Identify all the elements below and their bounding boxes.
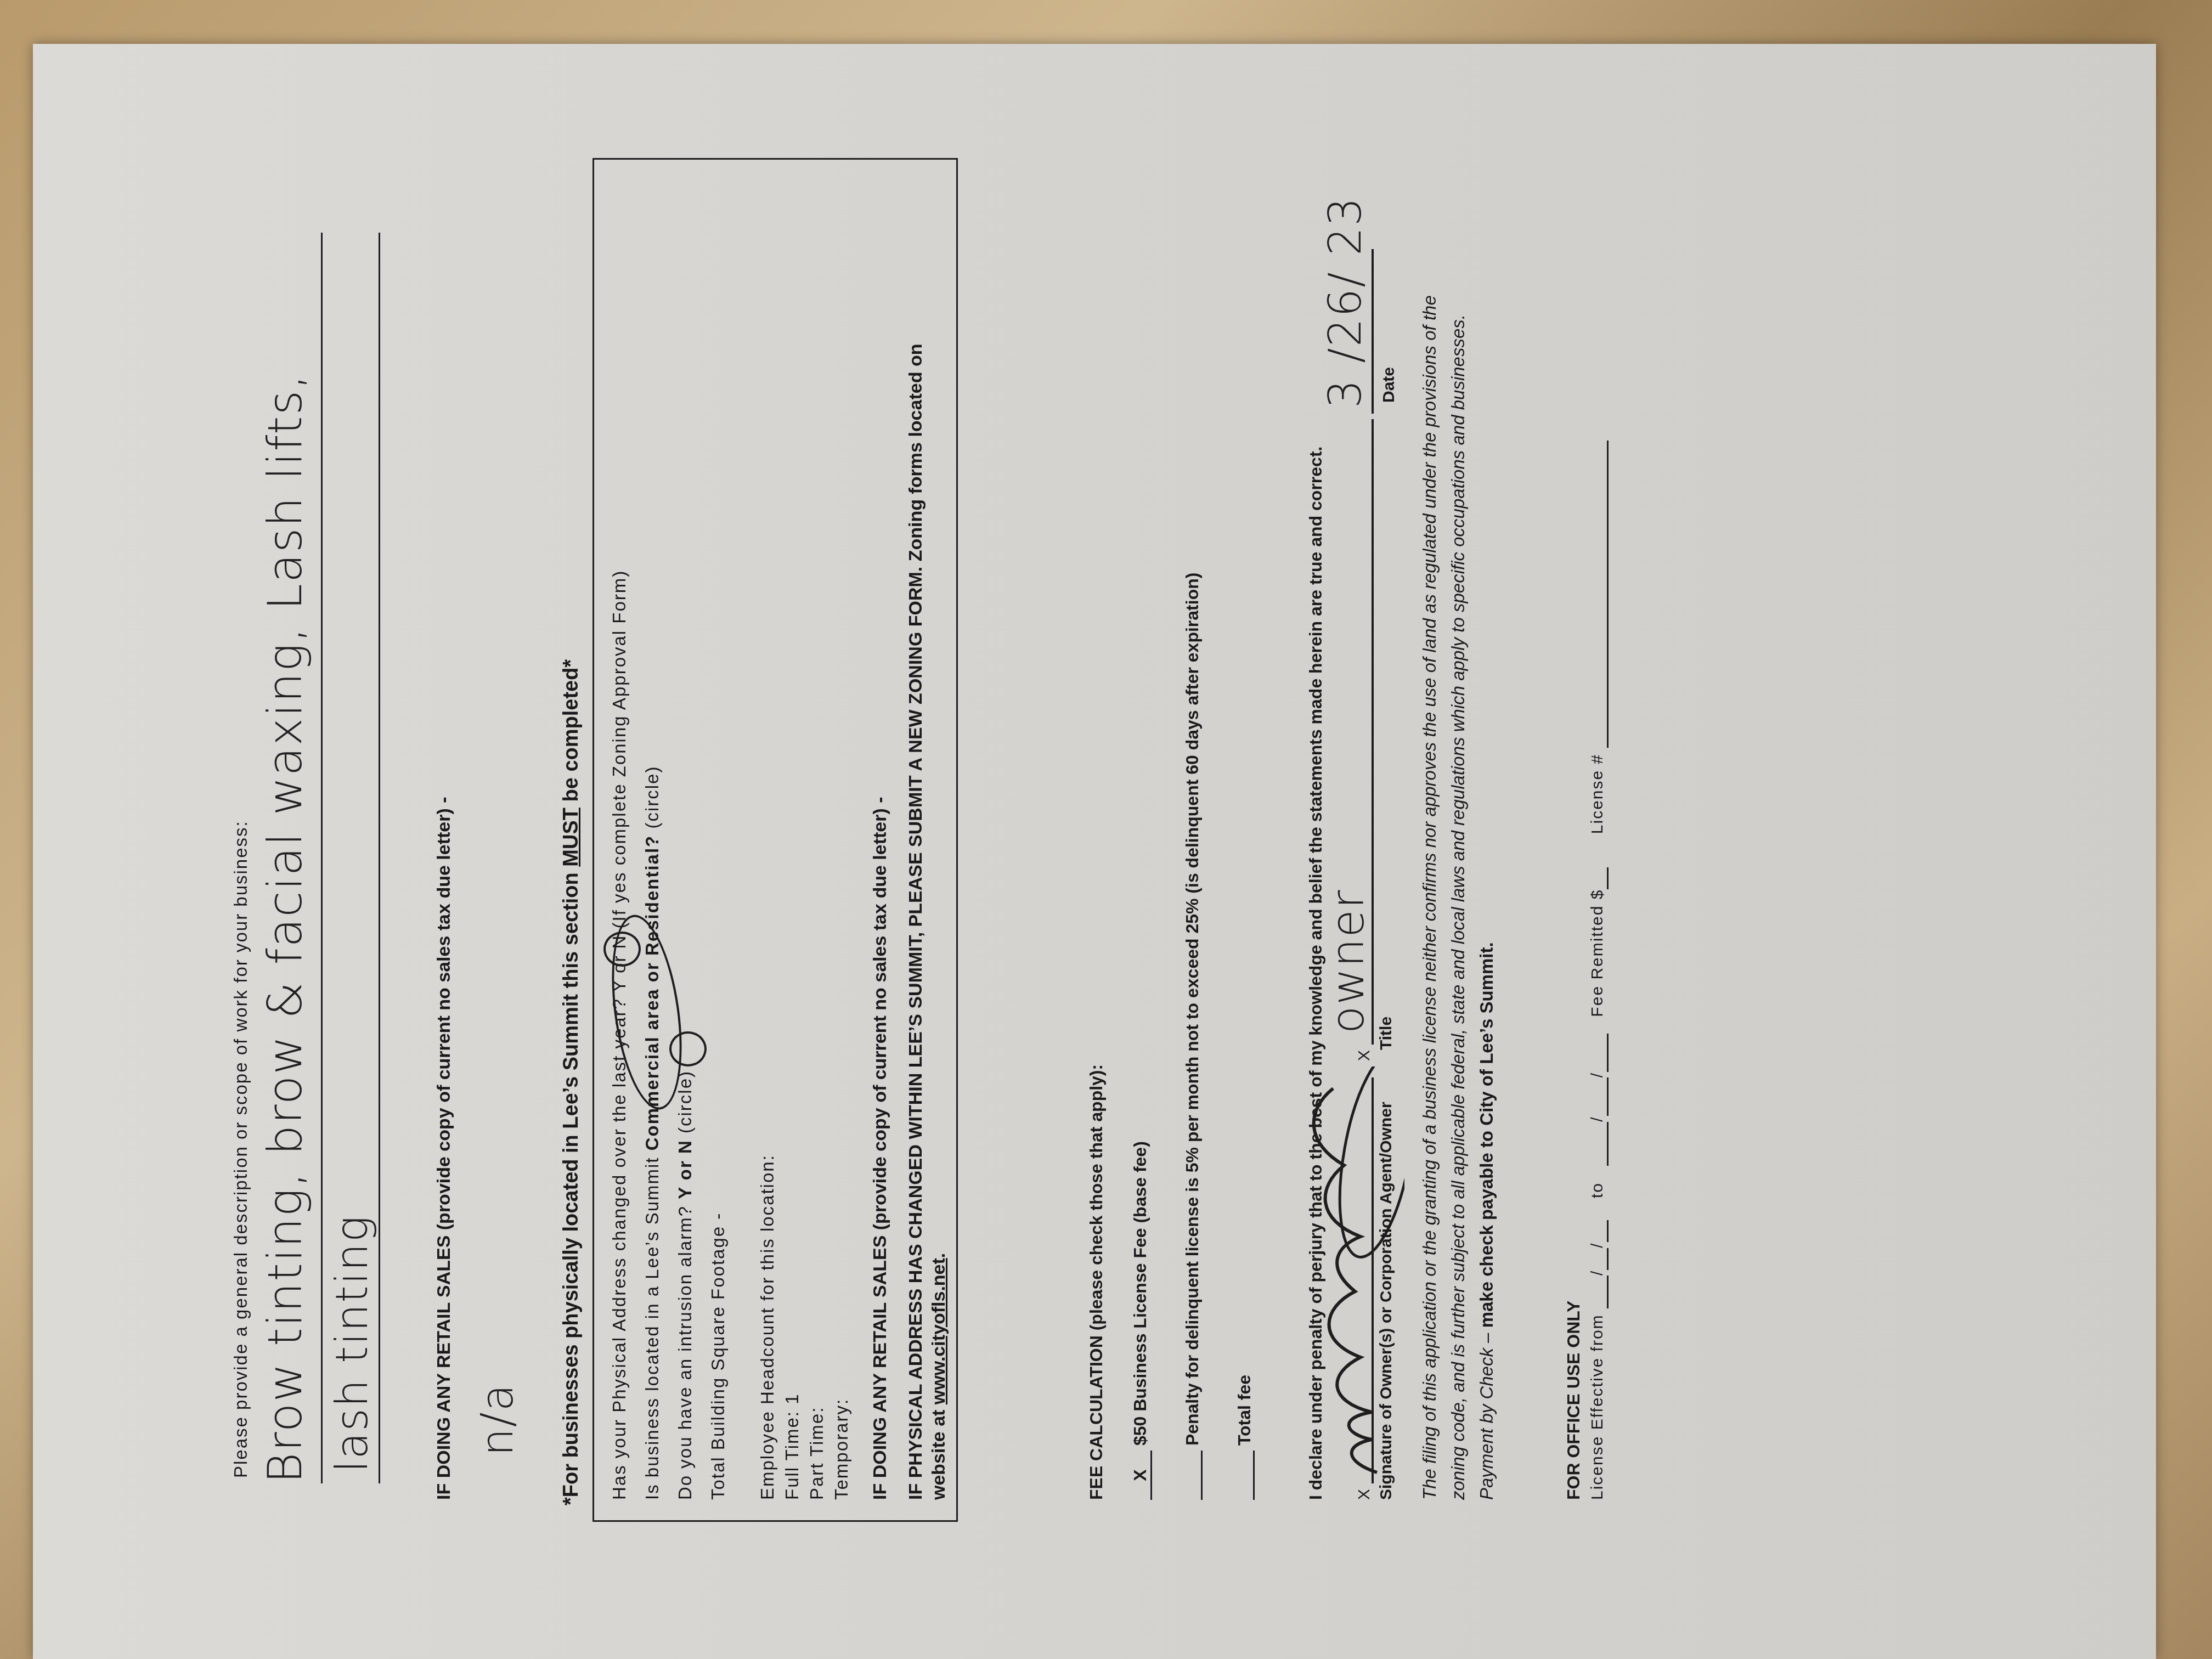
temporary-label: Temporary: (831, 1398, 852, 1500)
fee-item-base: X $50 Business License Fee (base fee) (1130, 1141, 1152, 1500)
full-time-value[interactable]: 1 (782, 1393, 802, 1404)
signature-label: Signature of Owner(s) or Corporation Age… (1377, 1102, 1396, 1500)
date-sep: / (1588, 1242, 1606, 1248)
fee-item-penalty: Penalty for delinquent license is 5% per… (1182, 573, 1203, 1500)
effective-to-year[interactable] (1588, 1034, 1609, 1072)
effective-to-month[interactable] (1588, 1122, 1609, 1166)
alarm-answer-circle[interactable] (669, 1031, 707, 1066)
retail-sales-heading-2: IF DOING ANY RETAIL SALES (provide copy … (870, 797, 891, 1500)
effective-from-year[interactable] (1588, 1220, 1609, 1242)
disclaimer-paragraph: The filing of this application or the gr… (1415, 260, 1501, 1500)
disclaimer-bold: make check payable to City of Lee’s Summ… (1476, 942, 1497, 1328)
full-time-row: Full Time: 1 (782, 1393, 803, 1500)
to-label: to (1588, 1182, 1606, 1198)
date-sep: / (1588, 1072, 1606, 1077)
heading-must: MUST (560, 808, 583, 867)
effective-from-day[interactable] (1588, 1248, 1609, 1270)
office-use-heading: FOR OFFICE USE ONLY (1564, 1301, 1584, 1500)
alarm-circle-note: (circle) (675, 1070, 695, 1133)
title-value[interactable]: owner (1322, 889, 1374, 1034)
license-number-field[interactable] (1588, 441, 1609, 748)
area-question-prefix: Is business located in a Lee’s Summit (642, 1150, 662, 1500)
fee-item-total: Total fee (1234, 1375, 1255, 1500)
fee-item-base-check[interactable]: X (1130, 1451, 1152, 1500)
description-answer-line1[interactable]: Brow tinting, brow & facial waxing, Lash… (258, 373, 313, 1483)
retail-sales-heading: IF DOING ANY RETAIL SALES (provide copy … (433, 797, 455, 1500)
paper-sheet: Please provide a general description or … (33, 44, 2156, 1659)
description-line2 (379, 233, 380, 1483)
date-sep: / (1588, 1116, 1606, 1121)
description-prompt: Please provide a general description or … (230, 820, 251, 1478)
heading-prefix: *For businesses physically located in Le… (560, 867, 583, 1505)
business-license-form-page: Please provide a general description or … (33, 44, 2156, 1659)
date-sep: / (1588, 1270, 1606, 1276)
date-label: Date (1380, 367, 1398, 403)
fee-item-penalty-label: Penalty for delinquent license is 5% per… (1182, 573, 1202, 1446)
license-number-label: License # (1588, 754, 1606, 834)
full-time-label: Full Time: (782, 1404, 802, 1500)
address-change-notice-line1: IF PHYSICAL ADDRESS HAS CHANGED WITHIN L… (905, 344, 927, 1500)
title-label: Title (1377, 1017, 1396, 1050)
fee-item-base-label: $50 Business License Fee (base fee) (1130, 1141, 1150, 1446)
fee-item-total-check[interactable] (1234, 1451, 1255, 1500)
fee-remitted-field[interactable] (1588, 867, 1609, 889)
alarm-question: Do you have an intrusion alarm? Y or N (… (675, 1070, 696, 1500)
alarm-question-text: Do you have an intrusion alarm? (675, 1199, 695, 1500)
signature-x: X (1355, 1489, 1374, 1500)
headcount-label: Employee Headcount for this location: (757, 1154, 778, 1500)
fee-remitted-label: Fee Remitted $ (1588, 889, 1606, 1017)
date-line[interactable] (1372, 249, 1374, 414)
fee-item-total-label: Total fee (1234, 1375, 1254, 1446)
alarm-options[interactable]: Y or N (675, 1139, 695, 1199)
office-use-row: License Effective from / / to / / Fee Re… (1588, 441, 1609, 1500)
physical-location-heading: *For businesses physically located in Le… (560, 659, 583, 1505)
fee-calculation-heading: FEE CALCULATION (please check those that… (1086, 1064, 1107, 1500)
area-circle-note: (circle) (642, 766, 662, 829)
website-link[interactable]: www.cityofls.net (928, 1258, 949, 1404)
address-changed-note: (If yes complete Zoning Approval Form) (609, 570, 629, 929)
description-line1 (321, 233, 323, 1483)
effective-to-day[interactable] (1588, 1077, 1609, 1116)
address-change-notice-line2: website at www.cityofls.net. (928, 1253, 950, 1500)
notice-suffix: . (928, 1253, 949, 1258)
description-answer-line2[interactable]: lash tinting (326, 1215, 377, 1472)
heading-suffix: be completed* (560, 659, 583, 808)
title-x: X (1355, 1050, 1374, 1061)
fee-item-penalty-check[interactable] (1182, 1451, 1203, 1500)
effective-from-label: License Effective from (1588, 1314, 1606, 1500)
date-value[interactable]: 3 /26/ 23 (1319, 196, 1372, 408)
square-footage-label: Total Building Square Footage - (708, 1212, 729, 1500)
effective-from-month[interactable] (1588, 1276, 1609, 1308)
retail-sales-answer[interactable]: n/a (472, 1383, 523, 1456)
area-question: Is business located in a Lee’s Summit Co… (642, 766, 663, 1500)
notice-prefix: website at (928, 1404, 949, 1500)
part-time-label: Part Time: (806, 1407, 827, 1500)
